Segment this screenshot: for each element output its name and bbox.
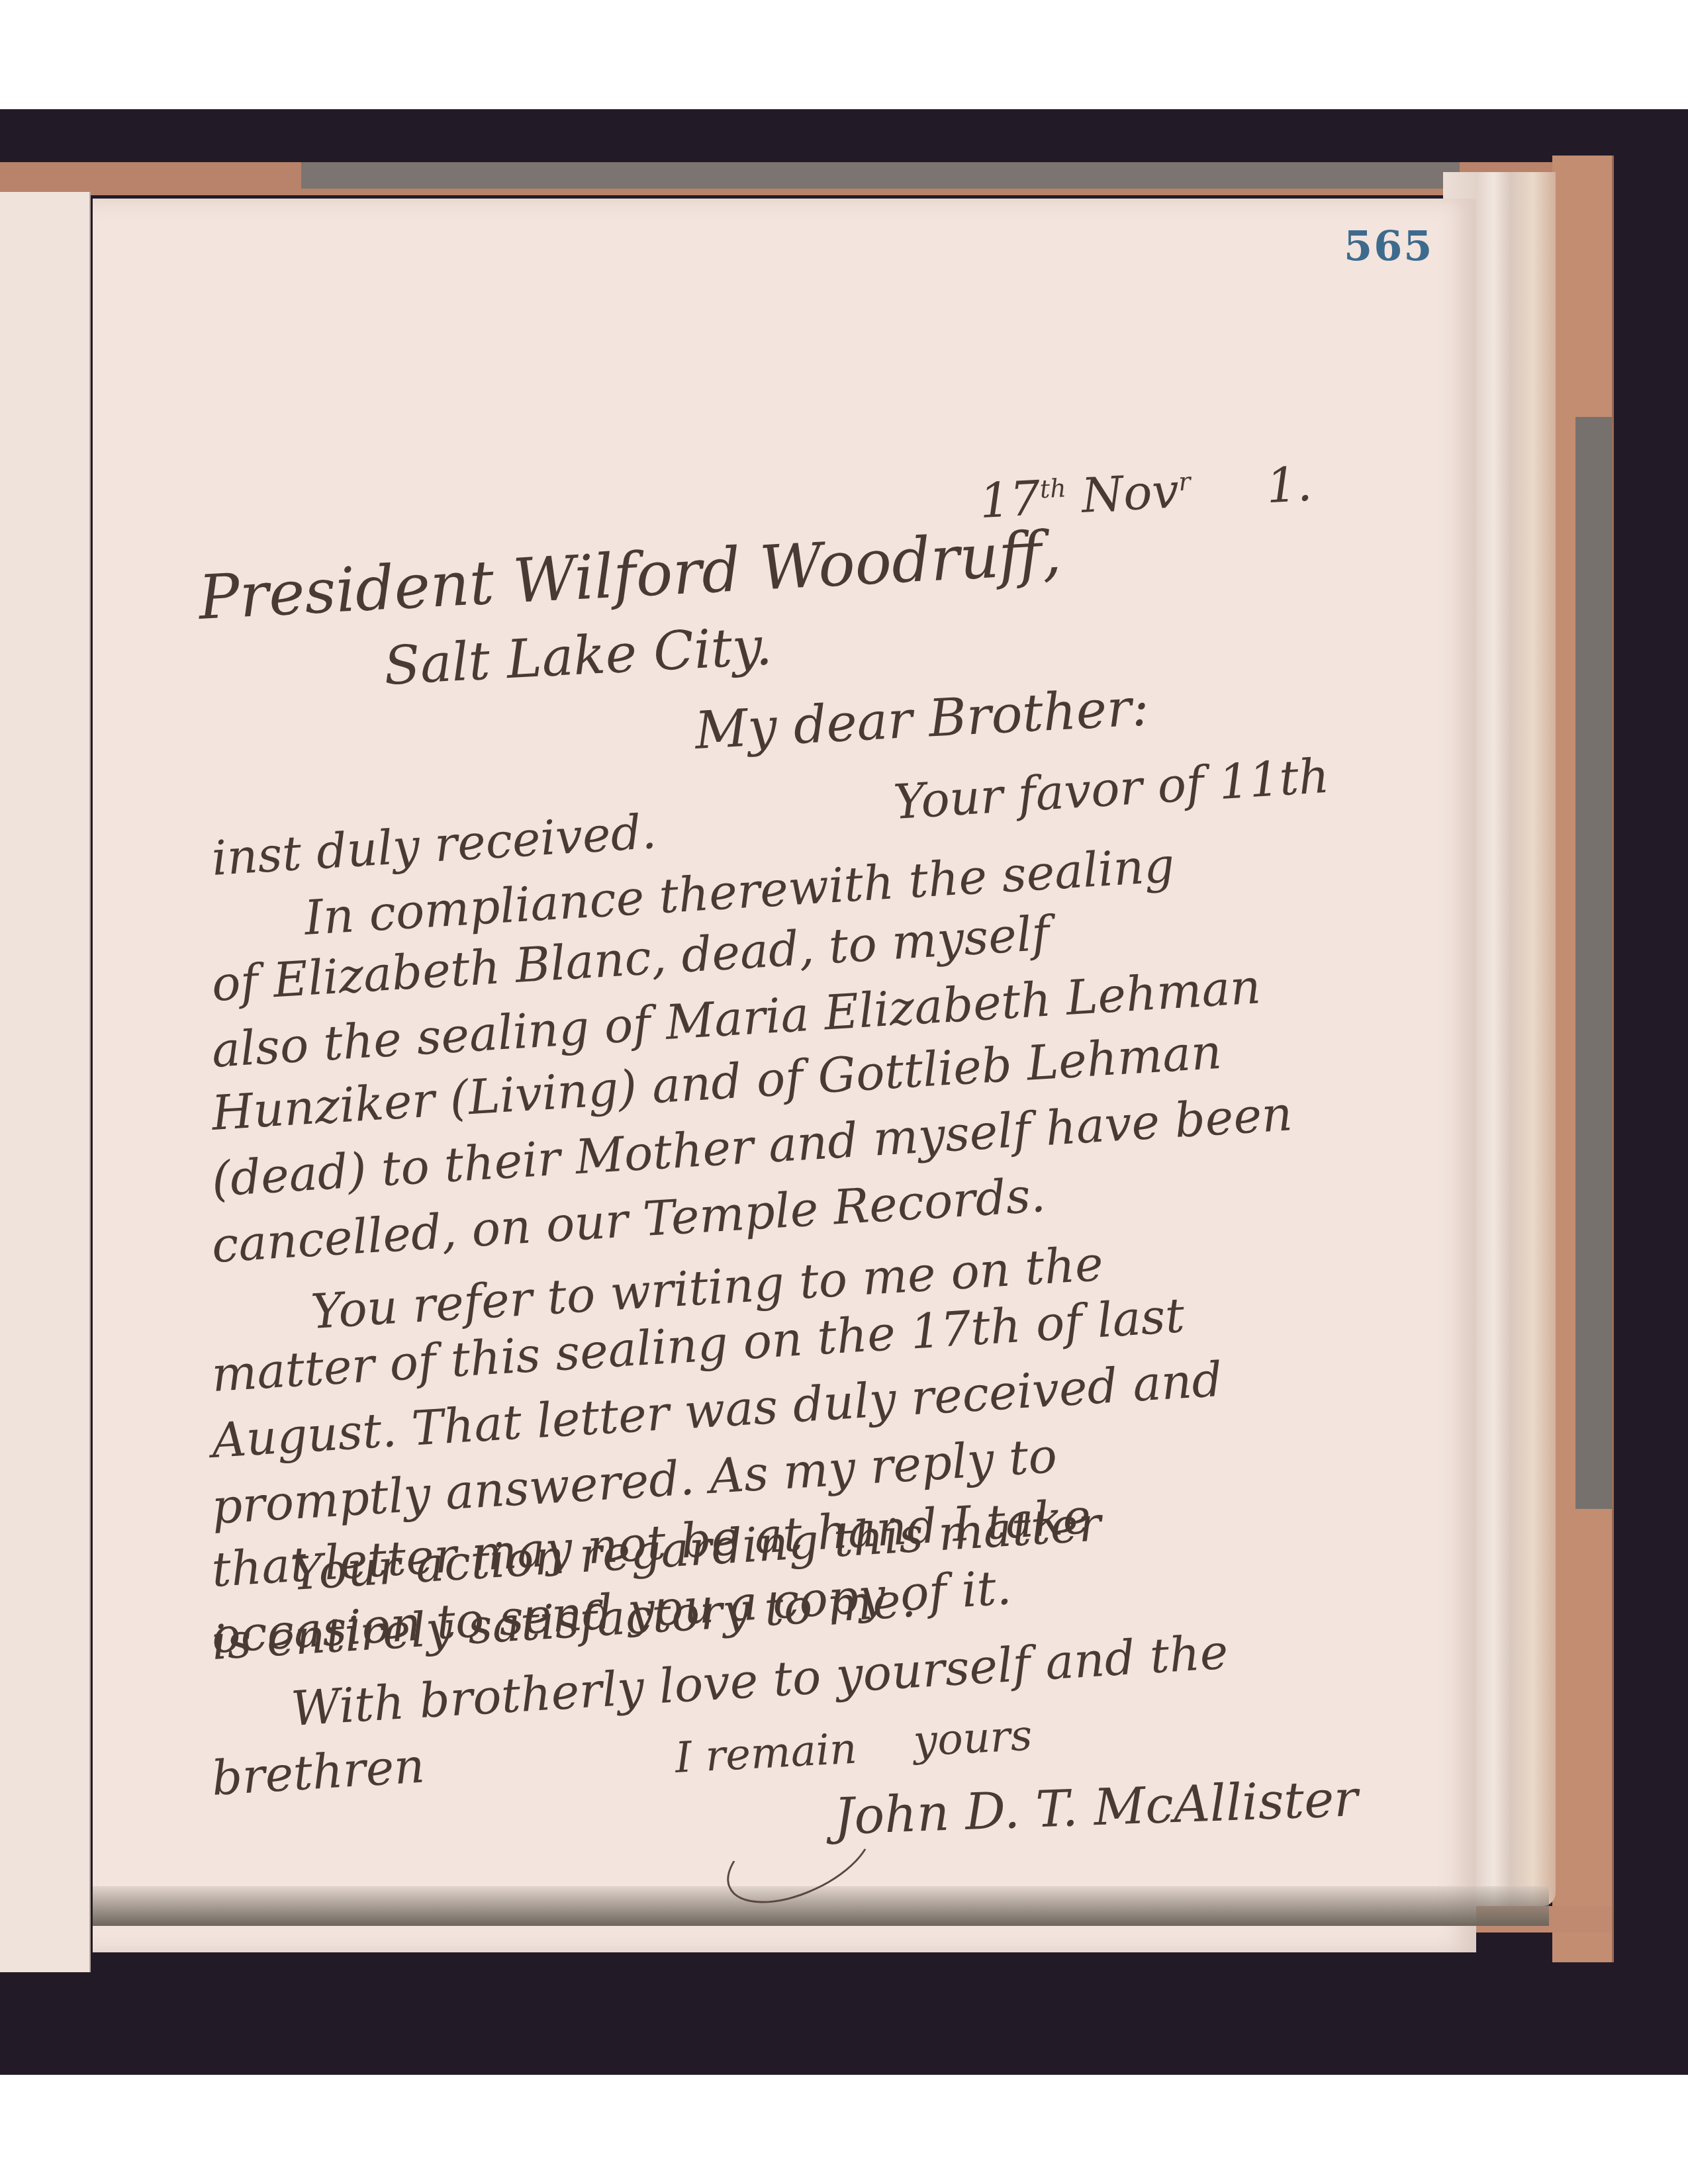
book-cover-top-cloth (301, 162, 1460, 189)
date-day-suffix: th (1039, 473, 1067, 504)
date-month-suffix: r (1178, 467, 1191, 496)
page-bottom-shadow (93, 1886, 1549, 1926)
closing-remain: I remain (674, 1725, 858, 1783)
date-trailing: 1. (1265, 456, 1313, 514)
date-month: Nov (1080, 463, 1180, 523)
facing-left-page (0, 192, 91, 1972)
book-cover-right-cloth (1575, 417, 1612, 1509)
closing-yours: yours (912, 1711, 1033, 1766)
page-number: 565 (1344, 222, 1433, 270)
